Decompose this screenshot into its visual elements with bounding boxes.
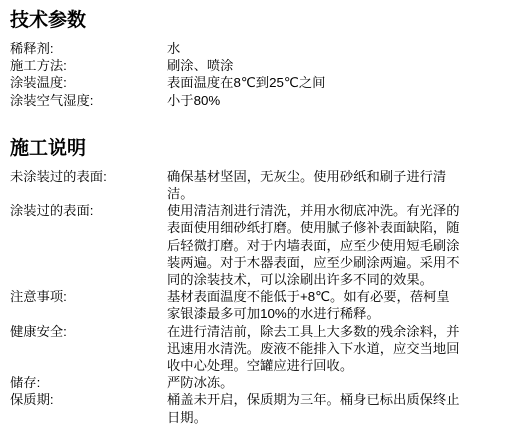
spec-label-health-safety: 健康安全: [10, 323, 167, 340]
spec-value-unpainted-surfaces: 确保基材坚固，无灰尘。使用砂纸和刷子进行清洁。 [167, 168, 460, 202]
spec-row-precautions: 注意事项: 基材表面温度不能低于+8℃。如有必要，蓓柯皇家银漆最多可加10%的水… [10, 288, 510, 322]
spec-value-diluent: 水 [167, 40, 460, 57]
spec-label-precautions: 注意事项: [10, 288, 167, 305]
spec-label-application-method: 施工方法: [10, 57, 167, 74]
datasheet-page: { "colors": { "text": "#000000", "backgr… [0, 0, 510, 433]
spec-row-application-temperature: 涂装温度: 表面温度在8℃到25℃之间 [10, 74, 510, 91]
spec-value-application-temperature: 表面温度在8℃到25℃之间 [167, 74, 460, 91]
spec-label-air-humidity: 涂装空气湿度: [10, 92, 167, 109]
spec-row-diluent: 稀释剂: 水 [10, 40, 510, 57]
spec-label-diluent: 稀释剂: [10, 40, 167, 57]
spec-label-storage: 储存: [10, 374, 167, 391]
spec-label-application-temperature: 涂装温度: [10, 74, 167, 91]
spec-label-painted-surfaces: 涂装过的表面: [10, 202, 167, 219]
spec-value-storage: 严防冰冻。 [167, 374, 460, 391]
application-instructions-table: 未涂装过的表面: 确保基材坚固，无灰尘。使用砂纸和刷子进行清洁。 涂装过的表面:… [10, 168, 510, 426]
spec-value-application-method: 刷涂、喷涂 [167, 57, 460, 74]
application-instructions-title: 施工说明 [10, 137, 510, 160]
section-technical-parameters: 技术参数 稀释剂: 水 施工方法: 刷涂、喷涂 涂装温度: 表面温度在8℃到25… [10, 9, 510, 109]
spec-value-shelf-life: 桶盖未开启，保质期为三年。桶身已标出质保终止日期。 [167, 391, 460, 425]
spec-value-precautions: 基材表面温度不能低于+8℃。如有必要，蓓柯皇家银漆最多可加10%的水进行稀释。 [167, 288, 460, 322]
spec-row-air-humidity: 涂装空气湿度: 小于80% [10, 92, 510, 109]
spec-row-application-method: 施工方法: 刷涂、喷涂 [10, 57, 510, 74]
spec-value-health-safety: 在进行清洁前，除去工具上大多数的残余涂料，并迅速用水清洗。废液不能排入下水道，应… [167, 323, 460, 375]
spec-label-unpainted-surfaces: 未涂装过的表面: [10, 168, 167, 185]
spec-row-shelf-life: 保质期: 桶盖未开启，保质期为三年。桶身已标出质保终止日期。 [10, 391, 510, 425]
product-datasheet: 技术参数 稀释剂: 水 施工方法: 刷涂、喷涂 涂装温度: 表面温度在8℃到25… [0, 0, 510, 426]
spec-row-unpainted-surfaces: 未涂装过的表面: 确保基材坚固，无灰尘。使用砂纸和刷子进行清洁。 [10, 168, 510, 202]
technical-parameters-title: 技术参数 [10, 9, 510, 32]
technical-parameters-table: 稀释剂: 水 施工方法: 刷涂、喷涂 涂装温度: 表面温度在8℃到25℃之间 涂… [10, 40, 510, 109]
spec-row-painted-surfaces: 涂装过的表面: 使用清洁剂进行清洗，并用水彻底冲洗。有光泽的表面使用细砂纸打磨。… [10, 202, 510, 288]
spec-row-storage: 储存: 严防冰冻。 [10, 374, 510, 391]
spec-label-shelf-life: 保质期: [10, 391, 167, 408]
section-application-instructions: 施工说明 未涂装过的表面: 确保基材坚固，无灰尘。使用砂纸和刷子进行清洁。 涂装… [10, 137, 510, 426]
spec-row-health-safety: 健康安全: 在进行清洁前，除去工具上大多数的残余涂料，并迅速用水清洗。废液不能排… [10, 323, 510, 375]
spec-value-painted-surfaces: 使用清洁剂进行清洗，并用水彻底冲洗。有光泽的表面使用细砂纸打磨。使用腻子修补表面… [167, 202, 460, 288]
spec-value-air-humidity: 小于80% [167, 92, 460, 109]
